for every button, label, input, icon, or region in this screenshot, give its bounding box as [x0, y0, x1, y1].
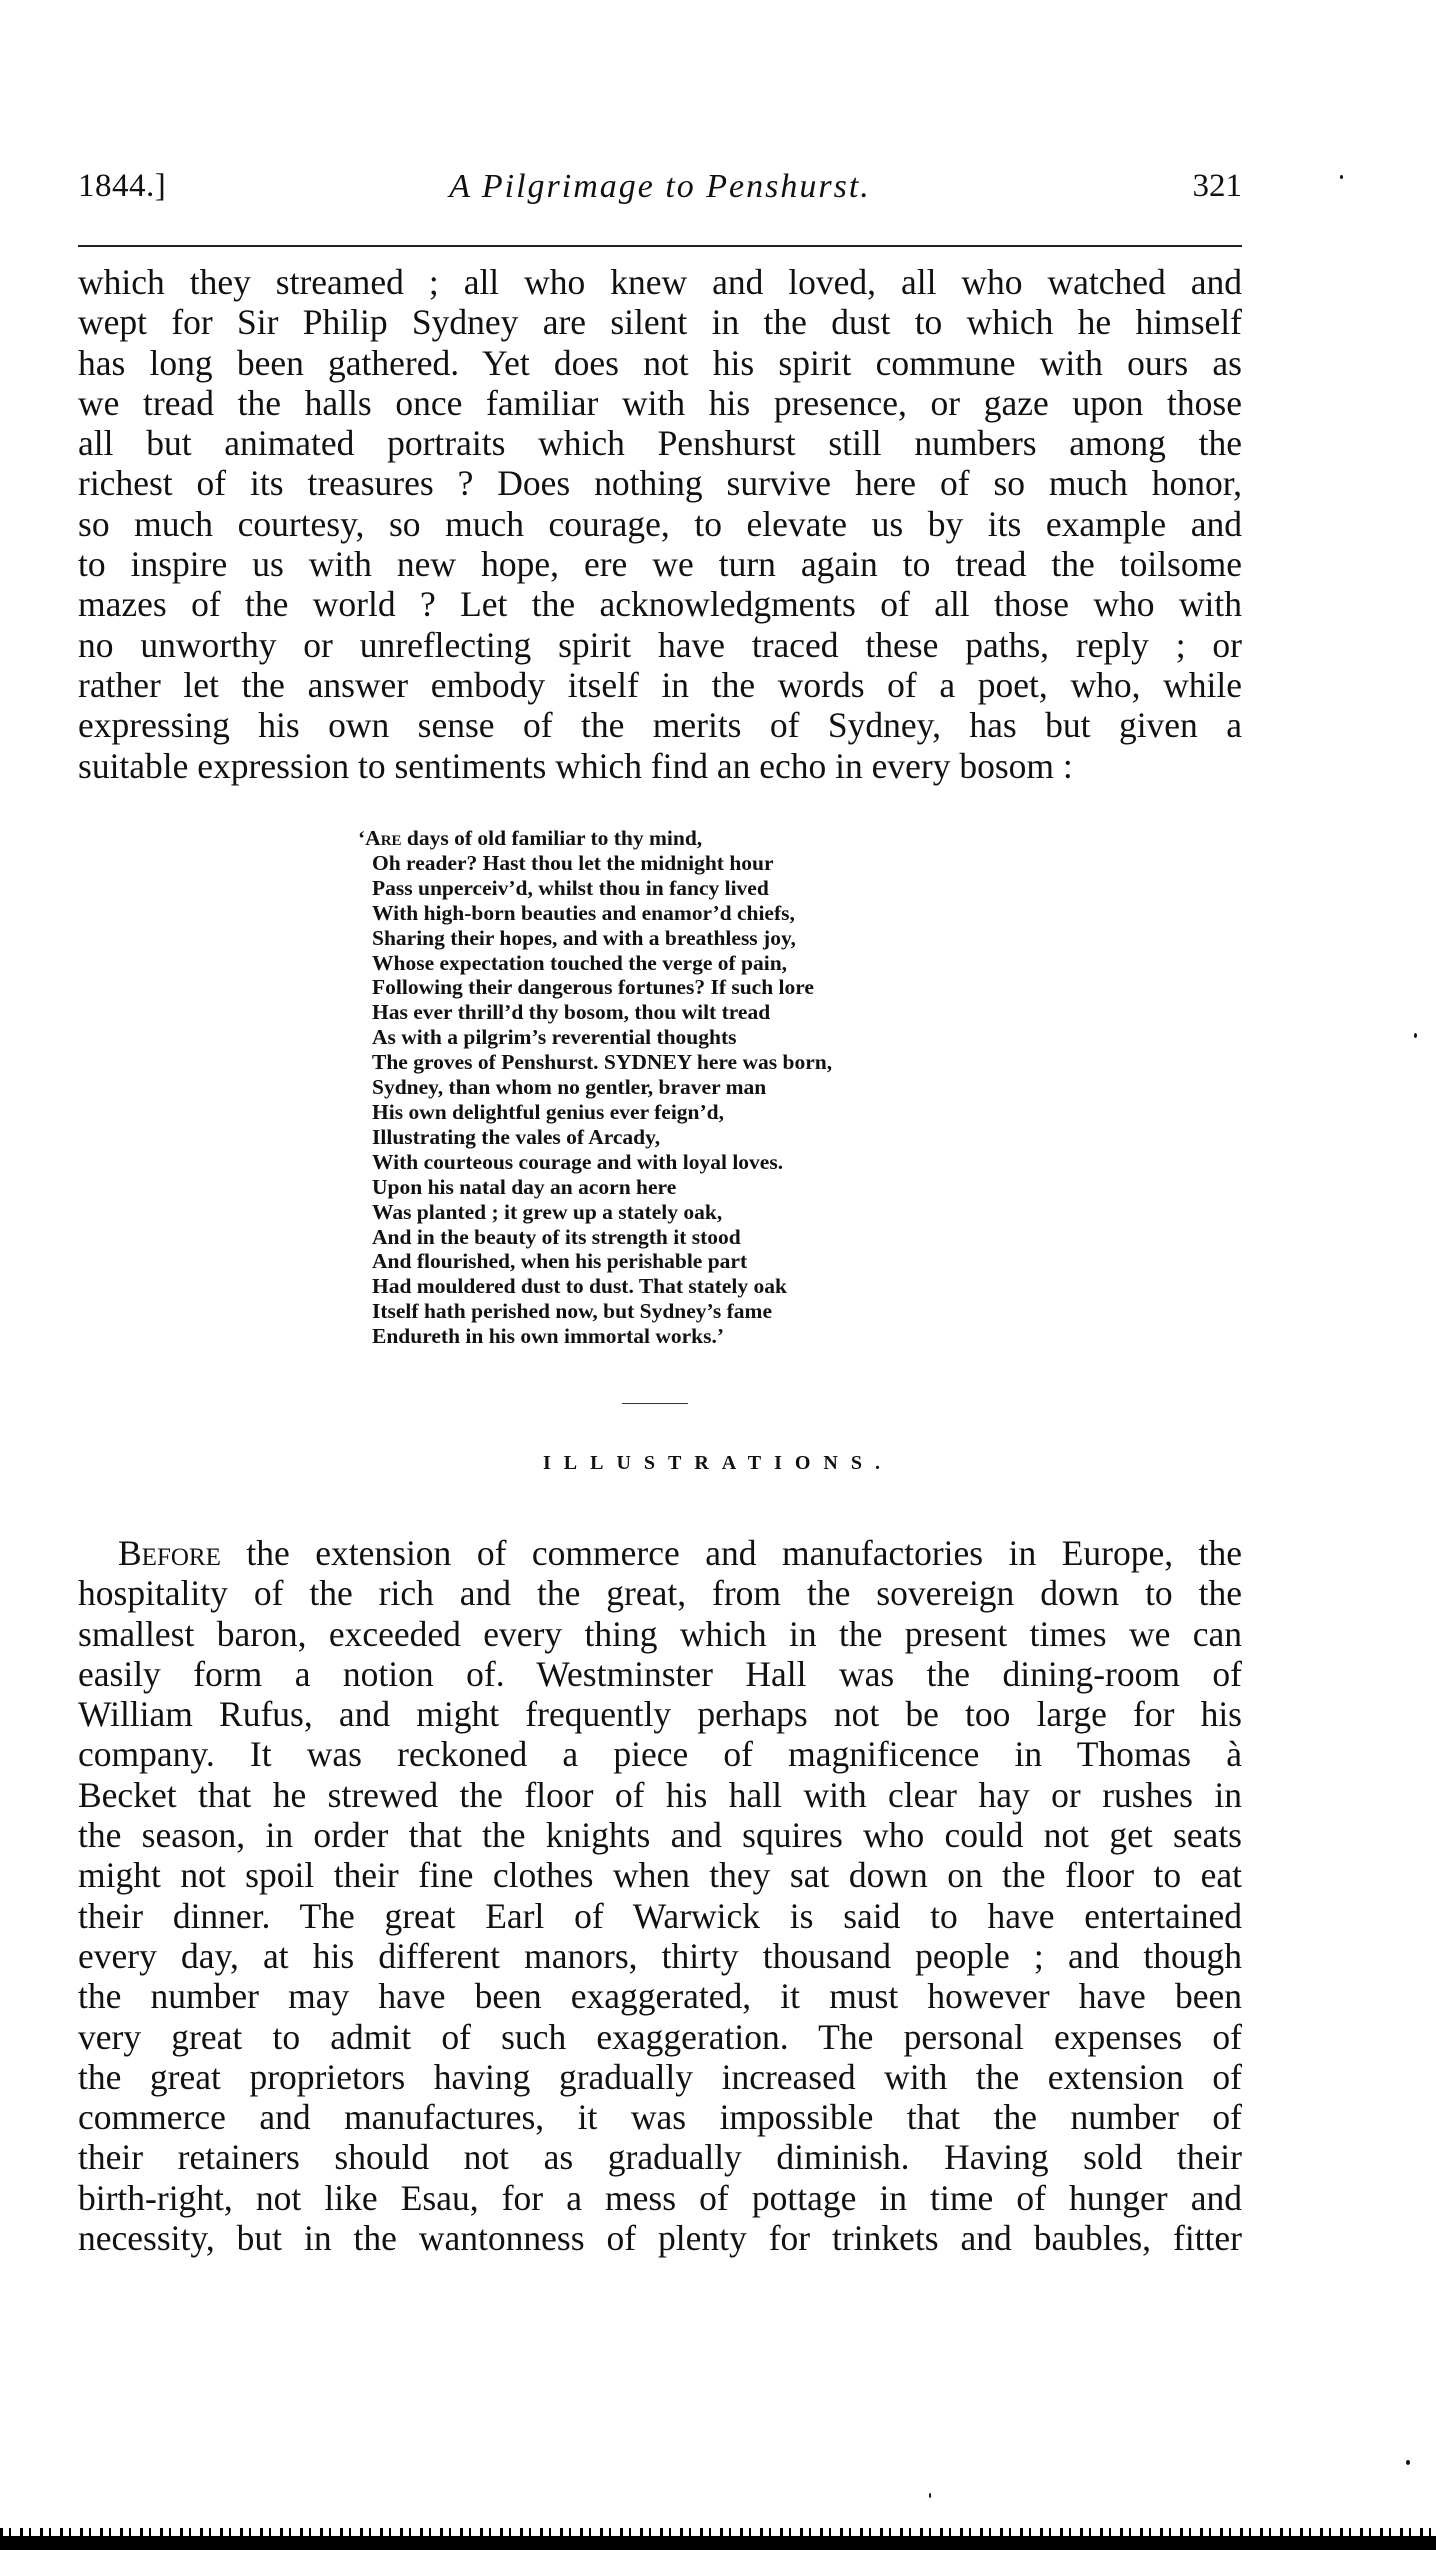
- text-line: expressing his own sense of the merits o…: [78, 705, 1242, 745]
- text-line: to inspire us with new hope, ere we turn…: [78, 544, 1242, 584]
- header-rule: [78, 245, 1242, 247]
- poem-line: Illustrating the vales of Arcady,: [358, 1125, 998, 1150]
- section-heading: ILLUSTRATIONS.: [0, 1452, 1436, 1475]
- poem-line: Sharing their hopes, and with a breathle…: [358, 926, 998, 951]
- text-line: the season, in order that the knights an…: [78, 1815, 1242, 1855]
- poem-line: Itself hath perished now, but Sydney’s f…: [358, 1299, 998, 1324]
- text-line: we tread the halls once familiar with hi…: [78, 383, 1242, 423]
- poem-line: Pass unperceiv’d, whilst thou in fancy l…: [358, 876, 998, 901]
- text-line: wept for Sir Philip Sydney are silent in…: [78, 302, 1242, 342]
- text-line: very great to admit of such exaggeration…: [78, 2017, 1242, 2057]
- text-line: birth-right, not like Esau, for a mess o…: [78, 2178, 1242, 2218]
- text-line: suitable expression to sentiments which …: [78, 746, 1242, 786]
- scan-bottom-edge: [0, 2536, 1436, 2550]
- scan-speck: [1414, 1033, 1417, 1038]
- text-line: the great proprietors having gradually i…: [78, 2057, 1242, 2097]
- poem-line: Was planted ; it grew up a stately oak,: [358, 1200, 998, 1225]
- scan-speck: [929, 2493, 931, 2498]
- poem-line: Had mouldered dust to dust. That stately…: [358, 1274, 998, 1299]
- page-number: 321: [1193, 168, 1243, 205]
- poem-line: Whose expectation touched the verge of p…: [358, 951, 998, 976]
- poem-first-line-rest: days of old familiar to thy mind,: [402, 826, 703, 850]
- poem-line: With courteous courage and with loyal lo…: [358, 1150, 998, 1175]
- text-line: all but animated portraits which Penshur…: [78, 423, 1242, 463]
- text-line: so much courtesy, so much courage, to el…: [78, 504, 1242, 544]
- text-line: necessity, but in the wantonness of plen…: [78, 2218, 1242, 2258]
- text-line: company. It was reckoned a piece of magn…: [78, 1734, 1242, 1774]
- text-line: commerce and manufactures, it was imposs…: [78, 2097, 1242, 2137]
- text-line: their retainers should not as gradually …: [78, 2137, 1242, 2177]
- poem-line: With high-born beauties and enamor’d chi…: [358, 901, 998, 926]
- poem-line: ‘Are days of old familiar to thy mind,: [358, 826, 998, 851]
- text-line: William Rufus, and might frequently perh…: [78, 1694, 1242, 1734]
- text-line: might not spoil their fine clothes when …: [78, 1855, 1242, 1895]
- text-line: has long been gathered. Yet does not his…: [78, 343, 1242, 383]
- drop-word: Before: [118, 1533, 221, 1573]
- text-line: easily form a notion of. Westminster Hal…: [78, 1654, 1242, 1694]
- poem-line: Sydney, than whom no gentler, braver man: [358, 1075, 998, 1100]
- running-head: 1844.] A Pilgrimage to Penshurst. 321: [78, 168, 1242, 218]
- section-divider: [622, 1403, 688, 1404]
- paragraph-pilgrimage: which they streamed ; all who knew and l…: [78, 262, 1242, 786]
- poem-first-word: Are: [365, 826, 401, 850]
- text-line: no unworthy or unreflecting spirit have …: [78, 625, 1242, 665]
- poem-line: As with a pilgrim’s reverential thoughts: [358, 1025, 998, 1050]
- poem-quotation: ‘Are days of old familiar to thy mind, O…: [358, 826, 998, 1349]
- text-line: rather let the answer embody itself in t…: [78, 665, 1242, 705]
- poem-line: Oh reader? Hast thou let the midnight ho…: [358, 851, 998, 876]
- text-line: Before the extension of commerce and man…: [78, 1533, 1242, 1573]
- scan-speck: [1406, 2460, 1410, 2465]
- first-line-rest: the extension of commerce and manufactor…: [221, 1533, 1242, 1573]
- running-head-title: A Pilgrimage to Penshurst.: [78, 168, 1242, 206]
- text-line: the number may have been exaggerated, it…: [78, 1976, 1242, 2016]
- poem-line: Endureth in his own immortal works.’: [358, 1324, 998, 1349]
- text-line: smallest baron, exceeded every thing whi…: [78, 1614, 1242, 1654]
- text-line: which they streamed ; all who knew and l…: [78, 262, 1242, 302]
- poem-line: Has ever thrill’d thy bosom, thou wilt t…: [358, 1000, 998, 1025]
- poem-line: Following their dangerous fortunes? If s…: [358, 975, 998, 1000]
- text-line: hospitality of the rich and the great, f…: [78, 1573, 1242, 1613]
- poem-line: And in the beauty of its strength it sto…: [358, 1225, 998, 1250]
- poem-line: And flourished, when his perishable part: [358, 1249, 998, 1274]
- text-line: every day, at his different manors, thir…: [78, 1936, 1242, 1976]
- poem-line: Upon his natal day an acorn here: [358, 1175, 998, 1200]
- poem-line: His own delightful genius ever feign’d,: [358, 1100, 998, 1125]
- poem-line: The groves of Penshurst. SYDNEY here was…: [358, 1050, 998, 1075]
- text-line: their dinner. The great Earl of Warwick …: [78, 1896, 1242, 1936]
- text-line: Becket that he strewed the floor of his …: [78, 1775, 1242, 1815]
- text-line: mazes of the world ? Let the acknowledgm…: [78, 584, 1242, 624]
- text-line: richest of its treasures ? Does nothing …: [78, 463, 1242, 503]
- paragraph-illustrations: Before the extension of commerce and man…: [78, 1533, 1242, 2258]
- scan-speck: [1340, 175, 1343, 179]
